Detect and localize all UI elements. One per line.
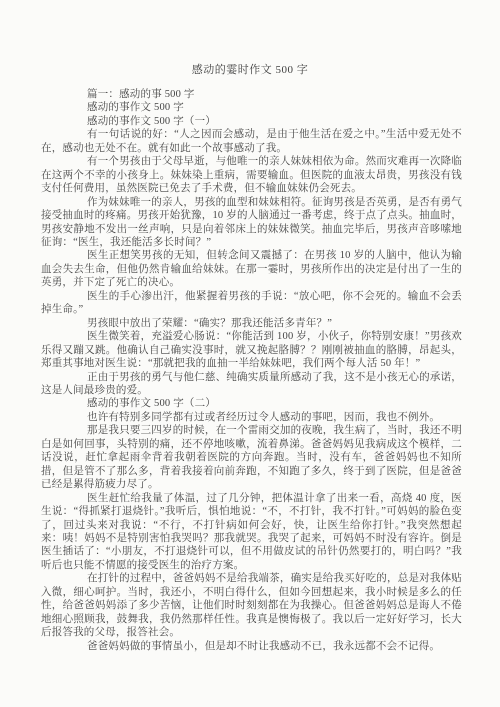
paragraph: 感动的事作文 500 字（一） bbox=[41, 115, 462, 128]
paragraph: 作为妹妹唯一的亲人，男孩的血型和妹妹相符。征询男孩是否英勇，是否有勇气接受抽血时… bbox=[41, 196, 462, 250]
paragraph: 感动的事作文 500 字 bbox=[41, 101, 462, 114]
paragraph: 那是我只要三四岁的时候，在一个雷雨交加的夜晚，我生病了，当时，我还不明白是如何回… bbox=[41, 424, 462, 491]
paragraph: 篇一：感动的事 500 字 bbox=[41, 88, 462, 101]
paragraph: 医生的手心渗出汗，他紧握着男孩的手说：“放心吧，你不会死的。输血不会丢掉生命。” bbox=[41, 290, 462, 317]
paragraph: 医生微笑着，充溢爱心肠说：“你能活到 100 岁，小伙子，你特别安康！”男孩欢乐… bbox=[41, 330, 462, 370]
document-page: 感动的霎时作文 500 字 篇一：感动的事 500 字 感动的事作文 500 字… bbox=[0, 0, 500, 707]
paragraph: 在打针的过程中，爸爸妈妈不是给我端茶，确实是给我买好吃的，总是对我体贴入微，细心… bbox=[41, 572, 462, 639]
paragraph: 医生正想笑男孩的无知，但转念间又震撼了：在男孩 10 岁的人脑中，他认为输血会失… bbox=[41, 249, 462, 289]
paragraph: 感动的事作文 500 字（二） bbox=[41, 397, 462, 410]
paragraph: 爸爸妈妈做的事情虽小，但是却不时让我感动不已，我永远都不会不记得。 bbox=[41, 640, 462, 653]
paragraph: 男孩眼中放出了荣耀：“确实？那我还能活多青年？” bbox=[41, 317, 462, 330]
document-title: 感动的霎时作文 500 字 bbox=[0, 61, 500, 77]
paragraph: 正由于男孩的勇气与他仁慈、纯确实质量所感动了我，这不是小孩无心的承诺，这是人间最… bbox=[41, 371, 462, 398]
paragraph: 也许有特别多同学都有过或者经历过令人感动的事吧，因而，我也不例外。 bbox=[41, 411, 462, 424]
paragraph: 有一个男孩由于父母早逝，与他唯一的亲人妹妹相依为命。然而灾难再一次降临在这两个不… bbox=[41, 155, 462, 195]
paragraph: 医生赶忙给我量了体温，过了几分钟，把体温计拿了出来一看，高烧 40 度，医生说：… bbox=[41, 492, 462, 573]
paragraph: 有一句话说的好：“人之因而会感动，是由于他生活在爱之中。”生活中爱无处不在，感动… bbox=[41, 128, 462, 155]
document-body: 篇一：感动的事 500 字 感动的事作文 500 字 感动的事作文 500 字（… bbox=[41, 88, 462, 653]
